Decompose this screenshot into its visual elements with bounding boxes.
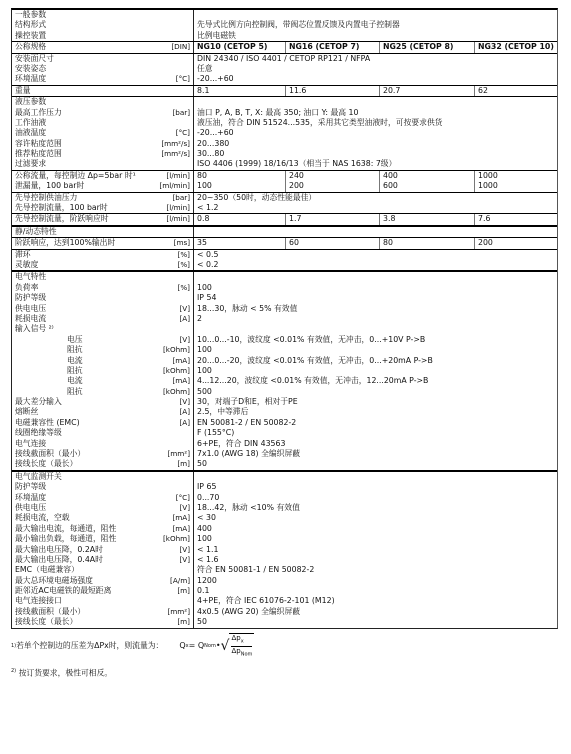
value-cell: 400 bbox=[379, 171, 474, 181]
spec-label-text: 接线截面积（最小） bbox=[15, 607, 85, 617]
section-title: 静/动态特性 bbox=[12, 227, 193, 237]
spec-unit: [mm²] bbox=[168, 449, 191, 459]
spec-label-text: 电压 bbox=[15, 335, 83, 345]
spec-row: 最小输出负载，每通道，阻性[kOhm]100 bbox=[12, 534, 557, 544]
spec-row: 结构形式先导式比例方向控制阀，带阀芯位置反馈及内置电子控制器 bbox=[12, 20, 557, 30]
spec-value: 2 bbox=[193, 314, 557, 324]
formula-sub: Nom bbox=[204, 640, 216, 652]
spec-unit: [ml/min] bbox=[159, 181, 190, 191]
value-cell: 0.8 bbox=[194, 214, 285, 224]
spec-row: 最大总环境电磁场强度[A/m]1200 bbox=[12, 576, 557, 586]
spec-label: 供电电压[V] bbox=[12, 304, 193, 314]
spec-label-text: 结构形式 bbox=[15, 20, 46, 30]
spec-unit: [kOhm] bbox=[163, 366, 190, 376]
spec-unit: [l/min] bbox=[166, 171, 190, 181]
spec-label: 熔断丝[A] bbox=[12, 407, 193, 417]
formula-den: Δp bbox=[231, 647, 240, 655]
spec-value: 18...30，脉动 < 5% 有效值 bbox=[193, 304, 557, 314]
spec-label-text: 先导控制供油压力 bbox=[15, 193, 77, 203]
spec-row: 最大输出电流，每通道，阻性[mA]400 bbox=[12, 524, 557, 534]
footnote-text: 若单个控制边的压差为ΔPx时，则流量为： bbox=[16, 640, 163, 652]
spec-row: 防护等级IP 65 bbox=[12, 482, 557, 492]
spec-label: 操控装置 bbox=[12, 31, 193, 41]
formula-num: Δp bbox=[231, 634, 240, 642]
spec-label-text: 供电电压 bbox=[15, 304, 46, 314]
spec-value: 30，对端子D和E，相对于PE bbox=[193, 397, 557, 407]
spec-label: 防护等级 bbox=[12, 293, 193, 303]
spec-value: 30...80 bbox=[193, 149, 557, 159]
value-cell: 35 bbox=[194, 238, 285, 248]
spec-label-text: 最大输出电流，每通道，阻性 bbox=[15, 524, 116, 534]
spec-label-text: 灵敏度 bbox=[15, 260, 38, 270]
spec-label: 电流[mA] bbox=[12, 376, 193, 386]
spec-label: 接线长度（最长）[m] bbox=[12, 617, 193, 627]
spec-row: 阻抗[kOhm]500 bbox=[12, 387, 557, 397]
spec-value: < 1.6 bbox=[193, 555, 557, 565]
spec-row: 负荷率[%]100 bbox=[12, 283, 557, 293]
section-header-hydraulic: 液压参数 bbox=[12, 96, 557, 107]
value-cell: 8.1 bbox=[194, 86, 285, 96]
spec-unit: [mm²/s] bbox=[161, 139, 190, 149]
spec-label: 过滤要求 bbox=[12, 159, 193, 169]
spec-label: 电磁兼容性 (EMC)[A] bbox=[12, 418, 193, 428]
spec-value: 4...12...20，波纹度 <0.01% 有效值，无冲击，12...20mA… bbox=[193, 376, 557, 386]
sqrt-icon: √ Δpx ΔpNom bbox=[221, 633, 255, 660]
value-cell: 62 bbox=[474, 86, 557, 96]
spec-value: IP 54 bbox=[193, 293, 557, 303]
spec-label: 油液温度[°C] bbox=[12, 128, 193, 138]
section-header-general: 一般参数 bbox=[12, 10, 557, 20]
spec-unit: [A] bbox=[179, 314, 190, 324]
value-cell: 60 bbox=[285, 238, 379, 248]
value-cell: 1000 bbox=[474, 181, 557, 191]
spec-unit: [V] bbox=[179, 555, 190, 565]
value-cell: 11.6 bbox=[285, 86, 379, 96]
spec-label: 公称规格[DIN] bbox=[12, 42, 193, 52]
spec-value: 50 bbox=[193, 459, 557, 469]
value-cell: 3.8 bbox=[379, 214, 474, 224]
spec-value: F (155°C) bbox=[193, 428, 557, 438]
spec-label-text: 防护等级 bbox=[15, 482, 46, 492]
spec-row: 防护等级IP 54 bbox=[12, 293, 557, 303]
spec-row: 接线截面积（最小）[mm²]7x1.0 (AWG 18) 全编织屏蔽 bbox=[12, 449, 557, 459]
spec-label-text: 安装姿态 bbox=[15, 64, 46, 74]
spec-label-text: 接线长度（最长） bbox=[15, 617, 77, 627]
section-title-text: 电气监测开关 bbox=[15, 472, 62, 482]
spec-row: 操控装置比例电磁铁 bbox=[12, 31, 557, 41]
spec-label-text: 环境温度 bbox=[15, 74, 46, 84]
section-value-empty bbox=[193, 227, 557, 237]
spec-row: 最大差分输入[V]30，对端子D和E，相对于PE bbox=[12, 397, 557, 407]
spec-row: 公称规格[DIN]NG10 (CETOP 5)NG16 (CETOP 7)NG2… bbox=[12, 41, 557, 52]
size-cell: NG16 (CETOP 7) bbox=[285, 42, 379, 52]
spec-label: 环境温度[°C] bbox=[12, 74, 193, 84]
spec-label: 最大输出电压降，0.4A时[V] bbox=[12, 555, 193, 565]
spec-row: 容许粘度范围[mm²/s]20...380 bbox=[12, 139, 557, 149]
spec-row: 公称流量，每控制边 Δp=5bar 时¹[l/min]802404001000 bbox=[12, 170, 557, 181]
spec-label: 先导控制供油压力[bar] bbox=[12, 193, 193, 203]
section-header-monitor: 电气监测开关 bbox=[12, 470, 557, 482]
value-cell: 240 bbox=[285, 171, 379, 181]
spec-label-text: 最大输出电压降，0.4A时 bbox=[15, 555, 103, 565]
spec-row: 电压[V]10...0...-10，波纹度 <0.01% 有效值，无冲击，0..… bbox=[12, 335, 557, 345]
spec-value: < 1.1 bbox=[193, 545, 557, 555]
section-title: 液压参数 bbox=[12, 97, 193, 107]
size-cell: NG10 (CETOP 5) bbox=[194, 42, 285, 52]
section-header-dynamic: 静/动态特性 bbox=[12, 225, 557, 237]
value-cell: 1000 bbox=[474, 171, 557, 181]
spec-label-text: 电流 bbox=[15, 356, 83, 366]
spec-label-text: 电磁兼容性 (EMC) bbox=[15, 418, 80, 428]
section-title-text: 电气特性 bbox=[15, 272, 46, 282]
section-value-empty bbox=[193, 472, 557, 482]
spec-label-text: 安装面尺寸 bbox=[15, 54, 54, 64]
spec-unit: [A] bbox=[179, 418, 190, 428]
formula-sub: Nom bbox=[241, 651, 253, 657]
spec-value: IP 65 bbox=[193, 482, 557, 492]
section-title: 一般参数 bbox=[12, 10, 193, 20]
spec-label-text: 耗损电流，空载 bbox=[15, 513, 70, 523]
spec-row: 先导控制流量，阶跃响应时[l/min]0.81.73.87.6 bbox=[12, 213, 557, 224]
spec-label: 最大差分输入[V] bbox=[12, 397, 193, 407]
spec-unit: [bar] bbox=[172, 193, 190, 203]
spec-row: 电流[mA]20...0...-20，波纹度 <0.01% 有效值，无冲击，0.… bbox=[12, 356, 557, 366]
spec-unit: [m] bbox=[177, 586, 190, 596]
spec-label-text: 负荷率 bbox=[15, 283, 38, 293]
spec-unit: [A] bbox=[179, 407, 190, 417]
spec-unit: [m] bbox=[177, 617, 190, 627]
spec-label: 泄漏量，100 bar时[ml/min] bbox=[12, 181, 193, 191]
spec-label: 阻抗[kOhm] bbox=[12, 366, 193, 376]
spec-unit: [l/min] bbox=[166, 203, 190, 213]
spec-label: 耗损电流，空载[mA] bbox=[12, 513, 193, 523]
spec-value: < 0.5 bbox=[193, 250, 557, 260]
spec-label-text: 耗损电流 bbox=[15, 314, 46, 324]
value-cells: 0.81.73.87.6 bbox=[193, 214, 557, 224]
spec-label-text: 阻抗 bbox=[15, 345, 83, 355]
spec-value: 油口 P, A, B, T, X: 最高 350; 油口 Y: 最高 10 bbox=[193, 108, 557, 118]
spec-value: 液压油，符合 DIN 51524...535，采用其它类型油液时，可按要求供货 bbox=[193, 118, 557, 128]
spec-row: 安装面尺寸DIN 24340 / ISO 4401 / CETOP RP121 … bbox=[12, 53, 557, 64]
spec-label-text: 重量 bbox=[15, 86, 31, 96]
spec-value: < 1.2 bbox=[193, 203, 557, 213]
spec-label: 先导控制流量，阶跃响应时[l/min] bbox=[12, 214, 193, 224]
spec-unit: [kOhm] bbox=[163, 345, 190, 355]
spec-value: 100 bbox=[193, 534, 557, 544]
spec-label: 线圈绝缘等级 bbox=[12, 428, 193, 438]
spec-unit: [mA] bbox=[172, 376, 190, 386]
spec-row: 环境温度[°C]-20...+60 bbox=[12, 74, 557, 84]
spec-value: 先导式比例方向控制阀，带阀芯位置反馈及内置电子控制器 bbox=[193, 20, 557, 30]
spec-row: 最高工作压力[bar]油口 P, A, B, T, X: 最高 350; 油口 … bbox=[12, 108, 557, 118]
spec-value: 18...42，脉动 <10% 有效值 bbox=[193, 503, 557, 513]
spec-label-text: 过滤要求 bbox=[15, 159, 46, 169]
spec-label: 安装面尺寸 bbox=[12, 54, 193, 64]
spec-row: 推荐粘度范围[mm²/s]30...80 bbox=[12, 149, 557, 159]
spec-label-text: 距邻近AC电磁铁的最短距离 bbox=[15, 586, 111, 596]
spec-value: 符合 EN 50081-1 / EN 50082-2 bbox=[193, 565, 557, 575]
spec-label-text: 防护等级 bbox=[15, 293, 46, 303]
spec-value: 50 bbox=[193, 617, 557, 627]
section-header-electrical: 电气特性 bbox=[12, 270, 557, 282]
section-title-text: 静/动态特性 bbox=[15, 227, 57, 237]
spec-unit: [°C] bbox=[176, 128, 190, 138]
formula-sub: x bbox=[241, 638, 244, 644]
spec-row: 供电电压[V]18...42，脉动 <10% 有效值 bbox=[12, 503, 557, 513]
section-value-empty bbox=[193, 272, 557, 282]
spec-label: 安装姿态 bbox=[12, 64, 193, 74]
spec-value: 7x1.0 (AWG 18) 全编织屏蔽 bbox=[193, 449, 557, 459]
spec-unit: [l/min] bbox=[166, 214, 190, 224]
spec-value: 500 bbox=[193, 387, 557, 397]
spec-label: 负荷率[%] bbox=[12, 283, 193, 293]
value-cell: 200 bbox=[474, 238, 557, 248]
footnote-1: 1) 若单个控制边的压差为ΔPx时，则流量为： Qx = QNom • √ Δp… bbox=[11, 633, 558, 660]
spec-row: 电气连接6+PE，符合 DIN 43563 bbox=[12, 439, 557, 449]
spec-value: 比例电磁铁 bbox=[193, 31, 557, 41]
formula-fraction: Δpx ΔpNom bbox=[229, 633, 254, 660]
spec-label-text: 泄漏量，100 bar时 bbox=[15, 181, 84, 191]
spec-row: 熔断丝[A]2.5，中等滞后 bbox=[12, 407, 557, 417]
spec-value: 4x0.5 (AWG 20) 全编织屏蔽 bbox=[193, 607, 557, 617]
spec-label-text: 环境温度 bbox=[15, 493, 46, 503]
spec-unit: [kOhm] bbox=[163, 387, 190, 397]
spec-label-text: 阶跃响应，达到100%输出时 bbox=[15, 238, 115, 248]
spec-row: 工作油液液压油，符合 DIN 51524...535，采用其它类型油液时，可按要… bbox=[12, 118, 557, 128]
spec-row: 泄漏量，100 bar时[ml/min]1002006001000 bbox=[12, 181, 557, 191]
spec-row: 油液温度[°C]-20...+60 bbox=[12, 128, 557, 138]
spec-unit: [%] bbox=[178, 250, 190, 260]
spec-label-text: 先导控制流量，100 bar时 bbox=[15, 203, 108, 213]
spec-unit: [ms] bbox=[174, 238, 190, 248]
spec-label-text: 最大总环境电磁场强度 bbox=[15, 576, 93, 586]
spec-row: 耗损电流，空载[mA]< 30 bbox=[12, 513, 557, 523]
value-cells: 802404001000 bbox=[193, 171, 557, 181]
spec-label: 容许粘度范围[mm²/s] bbox=[12, 139, 193, 149]
spec-unit: [%] bbox=[178, 260, 190, 270]
spec-value: 2.5，中等滞后 bbox=[193, 407, 557, 417]
spec-row: 线圈绝缘等级F (155°C) bbox=[12, 428, 557, 438]
spec-label: 先导控制流量，100 bar时[l/min] bbox=[12, 203, 193, 213]
spec-value: 100 bbox=[193, 366, 557, 376]
spec-label-text: 接线长度（最长） bbox=[15, 459, 77, 469]
formula-eq: = Q bbox=[189, 640, 205, 652]
spec-label-text: 电气连接 bbox=[15, 439, 46, 449]
spec-label-text: 最大差分输入 bbox=[15, 397, 62, 407]
value-cell: 80 bbox=[194, 171, 285, 181]
value-cell: 80 bbox=[379, 238, 474, 248]
spec-label-text: 油液温度 bbox=[15, 128, 46, 138]
spec-row: 电磁兼容性 (EMC)[A]EN 50081-2 / EN 50082-2 bbox=[12, 418, 557, 428]
spec-value: 4+PE，符合 IEC 61076-2-101 (M12) bbox=[193, 596, 557, 606]
spec-label: 防护等级 bbox=[12, 482, 193, 492]
spec-value: ISO 4406 (1999) 18/16/13（相当于 NAS 1638: 7… bbox=[193, 159, 557, 169]
spec-label: 电气连接接口 bbox=[12, 596, 193, 606]
spec-row: 供电电压[V]18...30，脉动 < 5% 有效值 bbox=[12, 304, 557, 314]
spec-label-text: 推荐粘度范围 bbox=[15, 149, 62, 159]
spec-label-text: 供电电压 bbox=[15, 503, 46, 513]
section-title: 电气特性 bbox=[12, 272, 193, 282]
spec-label: 推荐粘度范围[mm²/s] bbox=[12, 149, 193, 159]
spec-row: 电流[mA]4...12...20，波纹度 <0.01% 有效值，无冲击，12.… bbox=[12, 376, 557, 386]
value-cells: 1002006001000 bbox=[193, 181, 557, 191]
spec-row: 接线长度（最长）[m]50 bbox=[12, 617, 557, 627]
spec-row: 先导控制流量，100 bar时[l/min]< 1.2 bbox=[12, 203, 557, 213]
spec-label-text: 电气连接接口 bbox=[15, 596, 62, 606]
spec-value: 20~350（50时，动态性能最佳） bbox=[193, 193, 557, 203]
spec-unit: [%] bbox=[178, 283, 190, 293]
spec-label: 耗损电流[A] bbox=[12, 314, 193, 324]
spec-label-text: 最大输出电压降，0.2A时 bbox=[15, 545, 103, 555]
spec-row: 最大输出电压降，0.2A时[V]< 1.1 bbox=[12, 545, 557, 555]
value-cell: 20.7 bbox=[379, 86, 474, 96]
spec-label: 阻抗[kOhm] bbox=[12, 345, 193, 355]
spec-unit: [mm²/s] bbox=[161, 149, 190, 159]
spec-label: 接线截面积（最小）[mm²] bbox=[12, 449, 193, 459]
spec-unit: [mA] bbox=[172, 513, 190, 523]
spec-label-text: 电流 bbox=[15, 376, 83, 386]
spec-unit: [V] bbox=[179, 335, 190, 345]
spec-row: 接线长度（最长）[m]50 bbox=[12, 459, 557, 469]
value-cell: 7.6 bbox=[474, 214, 557, 224]
spec-unit: [°C] bbox=[176, 74, 190, 84]
spec-label: 距邻近AC电磁铁的最短距离[m] bbox=[12, 586, 193, 596]
spec-row: 安装姿态任意 bbox=[12, 64, 557, 74]
spec-label: 接线截面积（最小）[mm²] bbox=[12, 607, 193, 617]
spec-label: 工作油液 bbox=[12, 118, 193, 128]
spec-label: 供电电压[V] bbox=[12, 503, 193, 513]
spec-row: 阻抗[kOhm]100 bbox=[12, 345, 557, 355]
spec-label: 接线长度（最长）[m] bbox=[12, 459, 193, 469]
spec-value: -20...+60 bbox=[193, 128, 557, 138]
footnote-2: 2) 按订货要求，极性可相反。 bbox=[11, 665, 558, 680]
spec-row: 阻抗[kOhm]100 bbox=[12, 366, 557, 376]
section-title-text: 液压参数 bbox=[15, 97, 46, 107]
spec-label: 电流[mA] bbox=[12, 356, 193, 366]
section-value-empty bbox=[193, 97, 557, 107]
spec-value: < 30 bbox=[193, 513, 557, 523]
spec-label-text: 操控装置 bbox=[15, 31, 46, 41]
spec-value: 400 bbox=[193, 524, 557, 534]
size-cell: NG25 (CETOP 8) bbox=[379, 42, 474, 52]
spec-label-text: 线圈绝缘等级 bbox=[15, 428, 62, 438]
spec-label-text: 先导控制流量，阶跃响应时 bbox=[15, 214, 109, 224]
footnotes: 1) 若单个控制边的压差为ΔPx时，则流量为： Qx = QNom • √ Δp… bbox=[11, 633, 558, 680]
spec-label: 最小输出负载，每通道，阻性[kOhm] bbox=[12, 534, 193, 544]
spec-value bbox=[193, 324, 557, 334]
spec-label-text: 阻抗 bbox=[15, 366, 83, 376]
spec-row: 输入信号 ²⁾ bbox=[12, 324, 557, 334]
spec-label: 电压[V] bbox=[12, 335, 193, 345]
spec-unit: [DIN] bbox=[171, 42, 190, 52]
spec-label: 环境温度[°C] bbox=[12, 493, 193, 503]
footnote-text: 按订货要求，极性可相反。 bbox=[19, 669, 113, 678]
spec-value: 0...70 bbox=[193, 493, 557, 503]
spec-label-text: 熔断丝 bbox=[15, 407, 38, 417]
spec-unit: [mA] bbox=[172, 356, 190, 366]
spec-unit: [V] bbox=[179, 503, 190, 513]
spec-unit: [V] bbox=[179, 397, 190, 407]
spec-sheet: 一般参数结构形式先导式比例方向控制阀，带阀芯位置反馈及内置电子控制器操控装置比例… bbox=[11, 8, 558, 680]
spec-unit: [°C] bbox=[176, 493, 190, 503]
spec-label: 灵敏度[%] bbox=[12, 260, 193, 270]
spec-value: DIN 24340 / ISO 4401 / CETOP RP121 / NFP… bbox=[193, 54, 557, 64]
spec-label-text: 接线截面积（最小） bbox=[15, 449, 85, 459]
spec-row: 过滤要求ISO 4406 (1999) 18/16/13（相当于 NAS 163… bbox=[12, 159, 557, 169]
spec-value: 10...0...-10，波纹度 <0.01% 有效值，无冲击，0...+10V… bbox=[193, 335, 557, 345]
flow-formula: Qx = QNom • √ Δpx ΔpNom bbox=[179, 633, 254, 660]
spec-label-text: EMC（电磁兼容） bbox=[15, 565, 79, 575]
spec-row: 灵敏度[%]< 0.2 bbox=[12, 260, 557, 270]
spec-label-text: 公称规格 bbox=[15, 42, 46, 52]
spec-value: 20...380 bbox=[193, 139, 557, 149]
spec-unit: [A/m] bbox=[170, 576, 190, 586]
value-cell: 1.7 bbox=[285, 214, 379, 224]
value-cell: 200 bbox=[285, 181, 379, 191]
spec-unit: [kOhm] bbox=[163, 534, 190, 544]
value-cell: 100 bbox=[194, 181, 285, 191]
spec-label: 结构形式 bbox=[12, 20, 193, 30]
spec-unit: [mA] bbox=[172, 524, 190, 534]
spec-unit: [mm²] bbox=[168, 607, 191, 617]
spec-value: 6+PE，符合 DIN 43563 bbox=[193, 439, 557, 449]
spec-label: 公称流量，每控制边 Δp=5bar 时¹[l/min] bbox=[12, 171, 193, 181]
spec-label-text: 滞环 bbox=[15, 250, 31, 260]
spec-value: 0.1 bbox=[193, 586, 557, 596]
spec-label-text: 公称流量，每控制边 Δp=5bar 时¹ bbox=[15, 171, 136, 181]
footnote-mark: 2) bbox=[11, 668, 16, 674]
size-cells: NG10 (CETOP 5)NG16 (CETOP 7)NG25 (CETOP … bbox=[193, 42, 557, 52]
spec-row: EMC（电磁兼容）符合 EN 50081-1 / EN 50082-2 bbox=[12, 565, 557, 575]
value-cells: 8.111.620.762 bbox=[193, 86, 557, 96]
spec-label-text: 工作油液 bbox=[15, 118, 46, 128]
spec-label-text: 最高工作压力 bbox=[15, 108, 62, 118]
spec-label: 电气连接 bbox=[12, 439, 193, 449]
spec-table: 一般参数结构形式先导式比例方向控制阀，带阀芯位置反馈及内置电子控制器操控装置比例… bbox=[11, 8, 558, 629]
spec-label: 最大输出电流，每通道，阻性[mA] bbox=[12, 524, 193, 534]
spec-label: 最大总环境电磁场强度[A/m] bbox=[12, 576, 193, 586]
spec-row: 最大输出电压降，0.4A时[V]< 1.6 bbox=[12, 555, 557, 565]
spec-label-text: 阻抗 bbox=[15, 387, 83, 397]
spec-value: 100 bbox=[193, 283, 557, 293]
spec-label-text: 输入信号 ²⁾ bbox=[15, 324, 54, 334]
spec-value: < 0.2 bbox=[193, 260, 557, 270]
spec-unit: [m] bbox=[177, 459, 190, 469]
spec-value: 任意 bbox=[193, 64, 557, 74]
spec-row: 距邻近AC电磁铁的最短距离[m]0.1 bbox=[12, 586, 557, 596]
section-value-empty bbox=[193, 10, 557, 20]
spec-label: 阻抗[kOhm] bbox=[12, 387, 193, 397]
spec-row: 重量8.111.620.762 bbox=[12, 85, 557, 96]
spec-label: 最高工作压力[bar] bbox=[12, 108, 193, 118]
spec-unit: [V] bbox=[179, 304, 190, 314]
spec-row: 环境温度[°C]0...70 bbox=[12, 493, 557, 503]
spec-label: 阶跃响应，达到100%输出时[ms] bbox=[12, 238, 193, 248]
spec-value: EN 50081-2 / EN 50082-2 bbox=[193, 418, 557, 428]
spec-label-text: 最小输出负载，每通道，阻性 bbox=[15, 534, 116, 544]
spec-value: 20...0...-20，波纹度 <0.01% 有效值，无冲击，0...+20m… bbox=[193, 356, 557, 366]
size-cell: NG32 (CETOP 10) bbox=[474, 42, 557, 52]
value-cell: 600 bbox=[379, 181, 474, 191]
spec-row: 阶跃响应，达到100%输出时[ms]356080200 bbox=[12, 237, 557, 248]
section-title-text: 一般参数 bbox=[15, 10, 46, 20]
spec-label: EMC（电磁兼容） bbox=[12, 565, 193, 575]
spec-row: 滞环[%]< 0.5 bbox=[12, 249, 557, 260]
spec-row: 接线截面积（最小）[mm²]4x0.5 (AWG 20) 全编织屏蔽 bbox=[12, 607, 557, 617]
spec-value: 1200 bbox=[193, 576, 557, 586]
spec-value: -20...+60 bbox=[193, 74, 557, 84]
spec-row: 先导控制供油压力[bar]20~350（50时，动态性能最佳） bbox=[12, 192, 557, 203]
